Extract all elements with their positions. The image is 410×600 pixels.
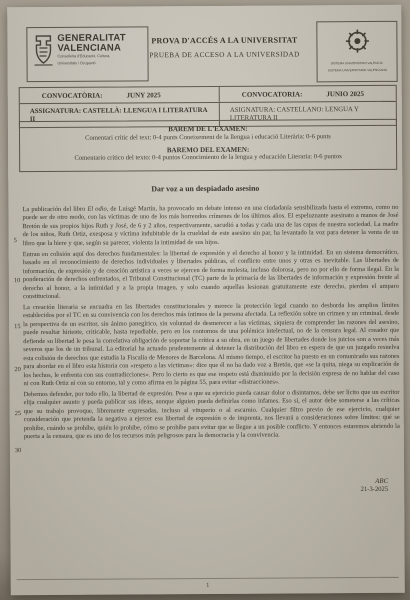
convocatoria-cell-catalan: CONVOCATÒRIA: JUNY 2025 [20,87,220,103]
university-system-seal-box: SISTEMA UNIVERSITARI VALENCIÀ SISTEMA UN… [316,21,397,82]
source-attribution: ABC 21-3-2025 [361,478,389,494]
line-number-gutter: 51015202530 [13,206,24,444]
page-number: 1 [11,581,405,590]
line-number: 15 [14,323,24,330]
seal-caption: SISTEMA UNIVERSITARI VALENCIÀ SISTEMA UN… [318,62,397,75]
university-system-seal-icon [342,26,372,56]
convocatoria-cell-spanish: CONVOCATORIA: JUNIO 2025 [220,86,396,102]
line-number: 30 [15,447,25,454]
barem-text-spanish: Comentario crítico del texto: 0-4 puntos… [28,153,388,163]
generalitat-valenciana-crest-icon [32,35,54,69]
grading-scale-box: BAREM DE L'EXAMEN: Comentari crític del … [19,119,397,172]
barem-text-catalan: Comentari crític del text: 0-4 punts Con… [28,132,388,142]
text-paragraph: Debemos defender, por todo ello, la libe… [24,389,400,442]
convocatoria-row: CONVOCATÒRIA: JUNY 2025 CONVOCATORIA: JU… [20,86,396,103]
line-number: 10 [14,277,24,284]
text-paragraph: Entran en colisión aquí dos derechos fun… [23,249,399,302]
text-paragraph: La creación literaria se encuadra en las… [23,302,400,389]
logo-subtitle-line1: Conselleria d'Educació, Cultura, [58,55,111,59]
line-number: 5 [14,237,24,244]
reading-paragraphs: La publicación del libro El odio, de Lui… [13,204,399,442]
exam-title-catalan: PROVA D'ACCÉS A LA UNIVERSITAT [135,35,313,45]
seal-caption-line1: SISTEMA UNIVERSITARI VALENCIÀ [331,62,383,66]
exam-title-spanish: PRUEBA DE ACCESO A LA UNIVERSIDAD [135,50,313,59]
convocatoria-value-ca: JUNY 2025 [127,91,161,99]
logo-brand-line2: VALENCIANA [57,43,142,53]
reading-text-title: Dar voz a un despiadado asesino [8,183,402,194]
reading-text-block: 51015202530 La publicación del libro El … [13,204,399,445]
convocatoria-label-ca: CONVOCATÒRIA: [42,92,103,100]
logo-subtitle: Conselleria d'Educació, Cultura, Univers… [58,54,143,68]
line-number: 20 [14,366,24,373]
footer-divider [17,577,399,580]
generalitat-valenciana-logo-box: GENERALITAT VALENCIANA Conselleria d'Edu… [26,26,148,82]
source-date: 21-3-2025 [361,486,389,494]
convocatoria-label-es: CONVOCATORIA: [242,90,303,98]
convocatoria-value-es: JUNIO 2025 [326,90,364,98]
text-paragraph: La publicación del libro El odio, de Lui… [22,204,398,249]
seal-caption-line2: SISTEMA UNIVERSITARIO VALENCIANO [327,68,386,72]
source-name: ABC [361,478,389,486]
line-number: 25 [15,410,25,417]
generalitat-valenciana-logo-text: GENERALITAT VALENCIANA Conselleria d'Edu… [57,33,142,68]
exam-paper-sheet: GENERALITAT VALENCIANA Conselleria d'Edu… [7,5,405,595]
exam-header-titles: PROVA D'ACCÉS A LA UNIVERSITAT PRUEBA DE… [135,35,313,59]
logo-subtitle-line2: Universitats i Ocupació [58,61,111,65]
